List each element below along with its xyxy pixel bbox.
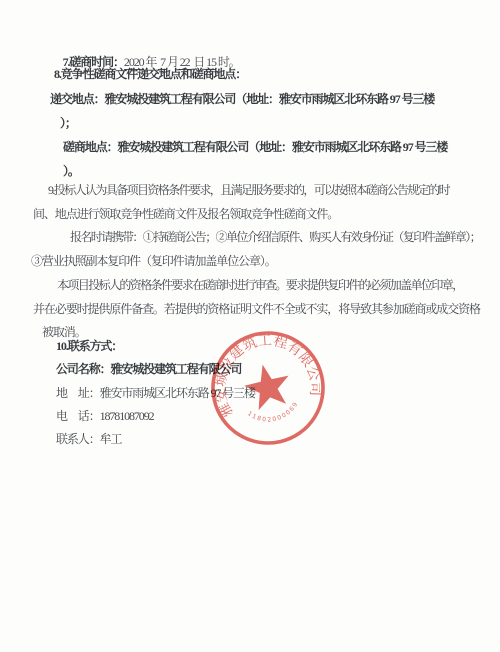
contact-person-line: 联系人：牟工	[56, 432, 121, 446]
negotiation-location-line: 磋商地点：雅安城投建筑工程有限公司（地址：雅安市雨城区北环东路 97 号三楼	[63, 140, 447, 154]
official-seal: 雅安城投建筑工程有限公司 5118020000695	[203, 323, 333, 453]
clause-9-line-1: 9.投标人认为具备项目资格条件要求，且满足服务要求的，可以按照本磋商公告规定的时	[48, 183, 449, 197]
negotiation-location-close: ）。	[63, 164, 79, 178]
submission-location-line: 递交地点：雅安城投建筑工程有限公司（地址：雅安市雨城区北环东路 97 号三楼	[50, 92, 434, 106]
qualification-review-line-1: 本项目投标人的资格条件要求在磋商时进行审查。要求提供复印件的必须加盖单位印章，	[57, 278, 463, 292]
contact-section-heading: 10.联系方式：	[56, 339, 122, 353]
registration-items-line-1: 报名时请携带：①持磋商公告；②单位介绍信原件、购买人有效身份证（复印件盖鲜章）；	[70, 230, 480, 244]
submission-location-heading: 8.竞争性磋商文件递交地点和磋商地点：	[54, 67, 246, 81]
submission-location-close: ）；	[60, 116, 76, 130]
qualification-review-line-3: 被取消。	[42, 325, 86, 339]
qualification-review-line-2: 并在必要时提供原件备查。若提供的资格证明文件不全或不实，将导致其参加磋商或成交资…	[33, 302, 480, 316]
clause-9-line-2: 间、地点进行领取竞争性磋商文件及报名领取竞争性磋商文件。	[33, 207, 338, 221]
seal-star-icon	[240, 359, 294, 412]
phone-line: 电 话：18781087092	[56, 409, 154, 423]
registration-items-line-2: ③营业执照副本复印件（复印件请加盖单位公章）。	[31, 254, 276, 268]
document-page: 7.磋商时间：2020 年 7 月 22 日 15 时。 8.竞争性磋商文件递交…	[0, 0, 500, 652]
